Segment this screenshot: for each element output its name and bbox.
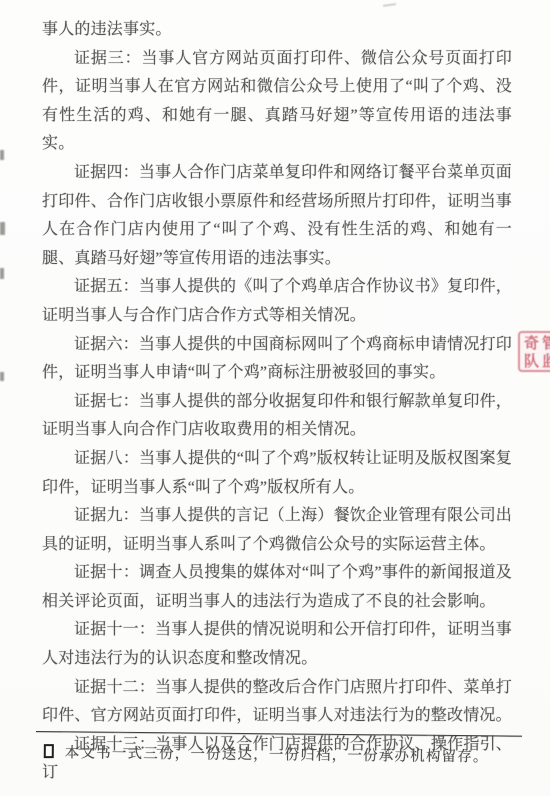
paragraph-evidence-10: 证据十：调查人员搜集的媒体对“叫了个鸡”事件的新闻报道及相关评论页面，证明当事人… [42,559,512,616]
paragraph-evidence-3: 证据三：当事人官方网站页面打印件、微信公众号页面打印件，证明当事人在官方网站和微… [42,45,512,159]
paragraph-continuation: 事人的违法事实。 [42,16,512,45]
document-body: 事人的违法事实。 证据三：当事人官方网站页面打印件、微信公众号页面打印件，证明当… [42,16,512,788]
scan-artifact-edge-mark [0,222,5,235]
scan-artifact-edge-mark [0,268,4,279]
scan-artifact-edge-mark [0,372,4,381]
paragraph-evidence-11: 证据十一：当事人提供的情况说明和公开信打印件，证明当事人对违法行为的认识态度和整… [42,616,512,673]
paragraph-evidence-12: 证据十二：当事人提供的整改后合作门店照片打印件、菜单打印件、官方网站页面打印件，… [42,674,512,731]
paragraph-evidence-9: 证据九：当事人提供的言记（上海）餐饮企业管理有限公司出具的证明，证明当事人系叫了… [42,502,512,559]
paragraph-evidence-4: 证据四：当事人合作门店菜单复印件和网络订餐平台菜单页面打印件、合作门店收银小票原… [42,159,512,273]
paragraph-evidence-5: 证据五：当事人提供的《叫了个鸡单店合作协议书》复印件，证明当事人与合作门店合作方… [42,273,512,330]
stamp-text-bottom: 队监 [524,353,550,371]
footnote-square-marker [44,744,54,758]
paragraph-evidence-6: 证据六：当事人提供的中国商标网叫了个鸡商标申请情况打印件，证明当事人申请“叫了个… [42,331,512,388]
stamp-text-top: 奇管 [524,335,550,353]
footnote-text: 本文书一式三份，一份送达，一份归档，一份承办机构留存。 [65,745,489,765]
scan-artifact-dash [383,3,396,7]
document-footer: 本文书一式三份，一份送达，一份归档，一份承办机构留存。 [36,731,522,767]
paragraph-evidence-8: 证据八：当事人提供的“叫了个鸡”版权转让证明及版权图案复印件，证明当事人系“叫了… [42,445,512,502]
scan-artifact-edge-mark [0,150,4,160]
paragraph-evidence-7: 证据七：当事人提供的部分收据复印件和银行解款单复印件，证明当事人向合作门店收取费… [42,388,512,445]
scanned-document-page: 事人的违法事实。 证据三：当事人官方网站页面打印件、微信公众号页面打印件，证明当… [0,0,550,796]
red-seal-stamp-partial: 奇管 队监 [518,331,550,372]
